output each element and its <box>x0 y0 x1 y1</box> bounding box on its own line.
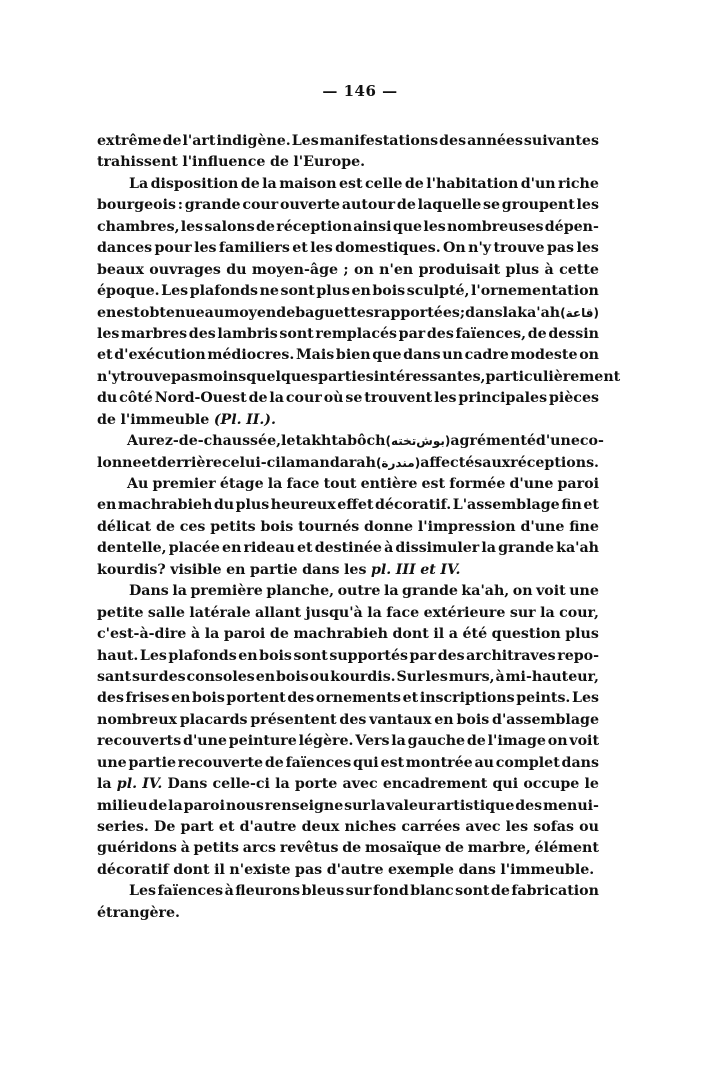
word: ouvrages <box>149 260 221 281</box>
word: disposition <box>151 174 239 195</box>
word: revêtus <box>280 838 339 859</box>
text-line: n'ytrouvepasmoinsquelquespartiesintéress… <box>97 367 599 388</box>
word: intéressantes, <box>374 367 486 388</box>
word: les <box>576 238 598 259</box>
word: la <box>172 581 187 602</box>
text-line: c'est-à-direàlaparoidemachrabiehdontilaé… <box>97 624 599 645</box>
word: à <box>181 838 190 859</box>
word: le <box>585 774 599 795</box>
word: des <box>159 667 186 688</box>
word: ne <box>260 281 279 302</box>
word: Les <box>140 646 167 667</box>
word: Sur <box>397 667 425 688</box>
word: des <box>438 646 465 667</box>
word: dentelle, <box>97 538 167 559</box>
word: gauche <box>408 731 465 752</box>
word: niches <box>345 817 397 838</box>
word: donne <box>364 517 413 538</box>
word: consoles <box>187 667 255 688</box>
word: de <box>241 174 260 195</box>
word: repo- <box>557 646 599 667</box>
word: outre <box>338 581 381 602</box>
text-line: Aupremierétagelafacetoutentièreestformée… <box>97 474 599 495</box>
word: recouverts <box>97 731 181 752</box>
word: lambris <box>217 324 277 345</box>
word: Les <box>292 131 319 152</box>
word: recouverte <box>178 753 263 774</box>
text-line: etd'exécutionmédiocres.Maisbienquedansun… <box>97 345 599 366</box>
word: et <box>403 688 419 709</box>
text-line: Ladispositiondelamaisonestcelledel'habit… <box>97 174 599 195</box>
word: des <box>339 710 366 731</box>
word: petite <box>97 603 143 624</box>
word: tout <box>324 474 357 495</box>
word: dont <box>393 624 429 645</box>
word: plafonds <box>190 281 258 302</box>
word: la <box>97 774 112 795</box>
word: pl. <box>371 560 391 581</box>
word: domestiques. <box>335 238 441 259</box>
word: carrées <box>401 817 460 838</box>
word: ka'ah <box>517 303 560 324</box>
word: l'art <box>183 131 216 152</box>
word: entière <box>361 474 418 495</box>
word: cour, <box>559 603 599 624</box>
text-line: dancespourlesfamiliersetlesdomestiques.O… <box>97 238 599 259</box>
word: la <box>503 303 518 324</box>
word: l'habitation <box>426 174 518 195</box>
word: tournés <box>298 517 359 538</box>
word: des <box>97 688 124 709</box>
word: sculpté, <box>407 281 470 302</box>
word: en <box>171 688 190 709</box>
word: n'y <box>468 238 491 259</box>
word: dissimuler <box>395 538 479 559</box>
word: sur <box>344 796 370 817</box>
word: de <box>265 753 284 774</box>
word: étrangère. <box>97 903 180 924</box>
word: n'existe <box>229 860 290 881</box>
word: que <box>372 345 401 366</box>
word: machrabieh <box>293 624 387 645</box>
word: trouve <box>493 238 544 259</box>
word: bois <box>372 281 405 302</box>
word: la <box>281 453 296 474</box>
word: Les <box>572 688 599 709</box>
word: inscriptions <box>420 688 515 709</box>
word: d'une <box>509 474 553 495</box>
word: il <box>214 860 225 881</box>
word: ouverte <box>280 195 340 216</box>
word: trouve <box>120 367 171 388</box>
word: (تخته <box>385 431 416 452</box>
word: affectés <box>420 453 482 474</box>
word: bourgeois <box>97 195 176 216</box>
word: effet <box>337 495 373 516</box>
word: côté <box>119 388 153 409</box>
word: valeur <box>386 796 436 817</box>
word: extrême <box>97 131 162 152</box>
word: bien <box>336 345 371 366</box>
word: arcs <box>243 838 276 859</box>
text-line: extrêmedel'artindigène.Lesmanifestations… <box>97 131 599 152</box>
word: avec <box>465 817 500 838</box>
word: délicat <box>97 517 151 538</box>
word: sur <box>510 603 536 624</box>
word: ; <box>343 260 348 281</box>
word: marbre, <box>468 838 531 859</box>
word: pas <box>295 860 322 881</box>
word: à <box>225 881 234 902</box>
word: paroi <box>558 474 599 495</box>
word: pièces <box>549 388 599 409</box>
word: sur <box>132 667 158 688</box>
word: baguettes <box>295 303 374 324</box>
word: question <box>492 624 561 645</box>
word: et <box>420 560 436 581</box>
word: à <box>495 667 504 688</box>
word: de <box>276 303 295 324</box>
word: frises <box>126 688 170 709</box>
word: sont <box>280 281 314 302</box>
word: les <box>506 817 528 838</box>
word: plus <box>316 281 350 302</box>
word: indigène. <box>216 131 290 152</box>
word: par <box>399 324 426 345</box>
word: aux <box>482 453 510 474</box>
word: moyen-âge <box>252 260 338 281</box>
word: destinée <box>315 538 382 559</box>
word: ces <box>180 517 206 538</box>
word: ainsi <box>353 217 391 238</box>
word: III <box>396 560 416 581</box>
word: légère. <box>299 731 354 752</box>
word: en <box>238 646 257 667</box>
word: milieu <box>97 796 148 817</box>
word: que <box>393 217 422 238</box>
word: d'une <box>536 431 580 452</box>
word: familiers <box>219 238 290 259</box>
word: est <box>339 174 363 195</box>
text-line: dentelle,placéeenrideauetdestinéeàdissim… <box>97 538 599 559</box>
word: et <box>142 453 158 474</box>
word: mosaïque <box>365 838 441 859</box>
word: mi-hauteur, <box>506 667 599 688</box>
word: II.). <box>246 410 276 431</box>
word: remplacés <box>315 324 397 345</box>
word: ka'ah <box>556 538 599 559</box>
word: deux <box>302 817 340 838</box>
word: petits <box>194 838 239 859</box>
word: sont <box>279 324 313 345</box>
text-line: Danslapremièreplanche,outrelagrandeka'ah… <box>97 581 599 602</box>
word: est <box>422 474 446 495</box>
word: rapportées <box>374 303 460 324</box>
word: plus <box>565 624 599 645</box>
word: latérale <box>189 603 250 624</box>
word: les <box>97 324 119 345</box>
word: partie <box>128 753 176 774</box>
word: du <box>97 388 117 409</box>
word: (Pl. <box>214 410 242 431</box>
word: le <box>281 431 295 452</box>
word: بوش) <box>416 431 450 452</box>
word: un <box>442 345 463 366</box>
word: plus <box>236 495 270 516</box>
word: kourdis. <box>330 667 395 688</box>
word: la <box>371 796 386 817</box>
word: sont <box>293 646 327 667</box>
text-line: décoratifdontiln'existepasd'autreexemple… <box>97 860 599 881</box>
word: autour <box>342 195 395 216</box>
word: architraves <box>466 646 556 667</box>
word: dans <box>458 860 495 881</box>
word: manifestations <box>320 131 438 152</box>
word: cour <box>286 388 322 409</box>
word: rez-de-chaussée, <box>148 431 281 452</box>
word: placards <box>180 710 248 731</box>
word: les <box>425 667 447 688</box>
word: de <box>270 152 289 173</box>
word: est <box>380 753 404 774</box>
body-text: extrêmedel'artindigène.Lesmanifestations… <box>97 131 599 924</box>
word: d'autre <box>240 817 297 838</box>
word: dans <box>403 345 440 366</box>
word: visible <box>170 560 221 581</box>
word: moins <box>198 367 246 388</box>
word: vantaux <box>369 710 431 731</box>
word: première <box>190 581 262 602</box>
text-line: enestobtenueaumoyendebaguettesrapportées… <box>97 303 599 324</box>
text-line: lapl.IV.Danscelle-cilaporteavecencadreme… <box>97 774 599 795</box>
word: sont <box>455 881 489 902</box>
word: murs, <box>449 667 495 688</box>
word: porte <box>295 774 337 795</box>
word: pas <box>171 367 198 388</box>
word: c'est-à-dire <box>97 624 186 645</box>
word: fond <box>373 881 409 902</box>
word: voit <box>536 581 566 602</box>
word: dans <box>302 560 339 581</box>
word: la <box>540 603 555 624</box>
word: de <box>445 838 464 859</box>
word: artistique <box>437 796 515 817</box>
word: salle <box>148 603 185 624</box>
word: ornements <box>316 688 401 709</box>
text-line: délicatdecespetitsboistournésdonnel'impr… <box>97 517 599 538</box>
word: ou <box>579 817 599 838</box>
word: a <box>449 624 458 645</box>
word: de <box>397 195 416 216</box>
word: De <box>154 817 175 838</box>
word: obtenue <box>140 303 205 324</box>
text-line: haut.Lesplafondsenboissontsupportésparde… <box>97 646 599 667</box>
word: Vers <box>355 731 389 752</box>
word: IV. <box>440 560 460 581</box>
word: en <box>256 667 275 688</box>
word: grande <box>498 538 554 559</box>
word: dessin <box>548 324 599 345</box>
word: kourdis? <box>97 560 166 581</box>
word: bois <box>259 646 292 667</box>
word: en <box>226 560 245 581</box>
word: au <box>474 753 494 774</box>
word: plafonds <box>168 646 236 667</box>
word: de <box>163 131 182 152</box>
word: qui <box>493 774 519 795</box>
book-page: — 146 — extrêmedel'artindigène.Lesmanife… <box>0 0 720 1078</box>
text-line: unepartierecouvertedefaïencesquiestmontr… <box>97 753 599 774</box>
word: La <box>129 174 148 195</box>
text-line: del'immeuble(Pl.II.). <box>97 410 599 431</box>
word: celle-ci <box>213 774 270 795</box>
word: trouvent <box>364 388 432 409</box>
word: jusqu'à <box>306 603 363 624</box>
word: principales <box>458 388 547 409</box>
word: l'impression <box>418 517 516 538</box>
word: : <box>178 195 183 216</box>
word: au <box>205 303 225 324</box>
word: l'ornementation <box>471 281 599 302</box>
word: d'autre <box>327 860 384 881</box>
text-line: petitesallelatéraleallantjusqu'àlafaceex… <box>97 603 599 624</box>
word: cette <box>559 260 599 281</box>
word: l'Europe. <box>293 152 365 173</box>
word: cadre <box>465 345 509 366</box>
word: du <box>226 260 246 281</box>
text-line: enmachrabiehduplusheureuxeffetdécoratif.… <box>97 495 599 516</box>
text-line: lesmarbresdeslambrissontremplacéspardesf… <box>97 324 599 345</box>
word: les <box>577 195 599 216</box>
word: la <box>367 603 382 624</box>
word: des <box>439 131 466 152</box>
word: encadrement <box>383 774 488 795</box>
word: avec <box>343 774 378 795</box>
word: nous <box>226 796 264 817</box>
word: et <box>583 495 599 516</box>
text-line: époque.Lesplafondsnesontplusenboissculpt… <box>97 281 599 302</box>
word: grande <box>402 581 458 602</box>
word: décoratif. <box>375 495 451 516</box>
word: dépen- <box>545 217 599 238</box>
word: bois <box>260 517 293 538</box>
word: complet <box>496 753 560 774</box>
word: on <box>513 581 533 602</box>
word: de <box>156 517 175 538</box>
word: n'en <box>379 260 413 281</box>
word: petits <box>210 517 255 538</box>
word: une <box>569 581 599 602</box>
word: et <box>297 538 313 559</box>
text-line: bourgeois:grandecourouverteautourdelaque… <box>97 195 599 216</box>
word: co- <box>580 431 604 452</box>
word: menui- <box>543 796 599 817</box>
word: médiocres. <box>207 345 294 366</box>
word: bois <box>456 710 489 731</box>
word: peints. <box>516 688 570 709</box>
word: Mais <box>296 345 334 366</box>
word: nombreux <box>97 710 177 731</box>
word: de <box>256 217 275 238</box>
word: placée <box>169 538 220 559</box>
word: étage <box>220 474 264 495</box>
text-line: Aurez-de-chaussée,letakhtabôch(تختهبوش)a… <box>97 431 599 452</box>
word: en <box>97 303 116 324</box>
word: la <box>269 388 284 409</box>
word: IV. <box>142 774 162 795</box>
word: de <box>249 388 268 409</box>
word: en <box>222 538 241 559</box>
word: ou <box>310 667 330 688</box>
word: par <box>410 646 437 667</box>
text-line: trahissentl'influencedel'Europe. <box>97 152 599 173</box>
text-line: desfrisesenboisportentdesornementsetinsc… <box>97 688 599 709</box>
word: fabrication <box>511 881 599 902</box>
word: on <box>354 260 374 281</box>
word: particulièrement <box>486 367 621 388</box>
text-line: milieudelaparoinousrenseignesurlavaleura… <box>97 796 599 817</box>
word: Nord-Ouest <box>155 388 247 409</box>
word: L'assemblage <box>453 495 560 516</box>
text-line: nombreuxplacardsprésententdesvantauxenbo… <box>97 710 599 731</box>
word: sant <box>97 667 131 688</box>
word: (مندرة) <box>376 453 420 474</box>
page-number: — 146 — <box>0 82 720 100</box>
word: chambres, <box>97 217 180 238</box>
word: On <box>443 238 466 259</box>
word: planche, <box>266 581 334 602</box>
word: on <box>548 731 568 752</box>
word: marbres <box>121 324 187 345</box>
word: part <box>181 817 214 838</box>
word: l'image <box>488 731 546 752</box>
word: mandarah <box>295 453 376 474</box>
word: à <box>191 624 200 645</box>
text-line: guéridonsàpetitsarcsrevêtusdemosaïquedem… <box>97 838 599 859</box>
word: les <box>194 238 216 259</box>
word: dans <box>465 303 502 324</box>
word: celle <box>365 174 402 195</box>
word: la <box>268 474 283 495</box>
word: en <box>352 281 371 302</box>
word: Les <box>129 881 156 902</box>
word: la <box>275 774 290 795</box>
word: dont <box>173 860 209 881</box>
word: rideau <box>244 538 295 559</box>
word: formée <box>449 474 505 495</box>
word: une <box>97 753 127 774</box>
word: époque. <box>97 281 160 302</box>
word: face <box>386 603 419 624</box>
word: Au <box>127 431 148 452</box>
word: Dans <box>129 581 169 602</box>
word: en <box>97 495 116 516</box>
word: la <box>391 731 406 752</box>
word: la <box>262 174 277 195</box>
word: series. <box>97 817 149 838</box>
word: sofas <box>533 817 574 838</box>
word: de <box>467 731 486 752</box>
word: suivantes <box>524 131 599 152</box>
word: de <box>148 796 167 817</box>
word: voit <box>569 731 599 752</box>
text-line: recouvertsd'unepeinturelégère.Verslagauc… <box>97 731 599 752</box>
word: fleurons <box>235 881 300 902</box>
word: cour <box>242 195 278 216</box>
word: blanc <box>410 881 453 902</box>
word: dances <box>97 238 152 259</box>
word: paroi <box>184 796 225 817</box>
